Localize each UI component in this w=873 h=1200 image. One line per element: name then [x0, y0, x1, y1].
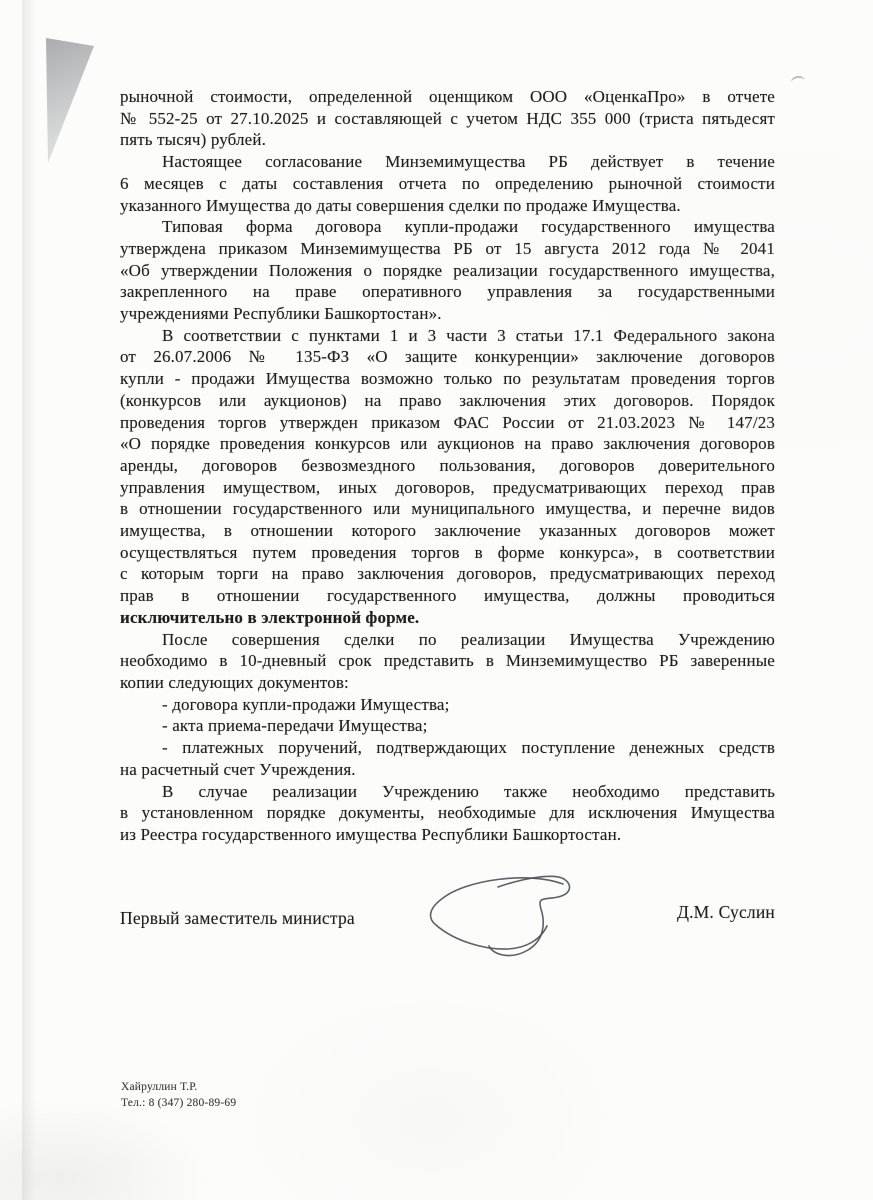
executor-footer: Хайруллин Т.Р. Тел.: 8 (347) 280-89-69 [121, 1080, 236, 1111]
text-line: купли - продажи Имущества возможно тольк… [120, 368, 775, 390]
text-line: В случае реализации Учреждению также нео… [120, 781, 775, 803]
page-fold-corner [0, 0, 140, 190]
text-line: из Реестра государственного имущества Ре… [120, 824, 775, 846]
text-line: копии следующих документов: [120, 672, 775, 694]
text-line: (конкурсов или аукционов) на право заклю… [120, 390, 775, 412]
signoff-name: Д.М. Суслин [677, 902, 775, 923]
text-line: управления имуществом, иных договоров, п… [120, 477, 775, 499]
executor-name: Хайруллин Т.Р. [121, 1080, 236, 1096]
text-line: - платежных поручений, подтверждающих по… [120, 737, 775, 759]
scan-edge-shadow [22, 0, 36, 1200]
text-line: № 552-25 от 27.10.2025 и составляющей с … [120, 108, 775, 130]
text-line: Типовая форма договора купли-продажи гос… [120, 216, 775, 238]
text-line: в установленном порядке документы, необх… [120, 802, 775, 824]
text-line: от 26.07.2006 № 135-ФЗ «О защите конкуре… [120, 346, 775, 368]
text-line: рыночной стоимости, определенной оценщик… [120, 86, 775, 108]
text-line: закрепленного на праве оперативного упра… [120, 281, 775, 303]
text-line: утверждена приказом Минземимущества РБ о… [120, 238, 775, 260]
text-line: проведения торгов утвержден приказом ФАС… [120, 412, 775, 434]
text-line: После совершения сделки по реализации Им… [120, 629, 775, 651]
text-line: имущества, в отношении которого заключен… [120, 520, 775, 542]
scanned-letter-page: рыночной стоимости, определенной оценщик… [0, 0, 873, 1200]
text-line: - акта приема-передачи Имущества; [120, 715, 775, 737]
text-line: 6 месяцев с даты составления отчета по о… [120, 173, 775, 195]
text-line: - договора купли-продажи Имущества; [120, 694, 775, 716]
text-line: исключительно в электронной форме. [120, 607, 775, 629]
text-line: аренды, договоров безвозмездного пользов… [120, 455, 775, 477]
text-line: пять тысяч) рублей. [120, 129, 775, 151]
text-line: осуществляться путем проведения торгов в… [120, 542, 775, 564]
text-line: на расчетный счет Учреждения. [120, 759, 775, 781]
signoff-title: Первый заместитель министра [120, 908, 355, 929]
text-line: В соответствии с пунктами 1 и 3 части 3 … [120, 325, 775, 347]
scan-speck [790, 75, 805, 86]
text-line: необходимо в 10-дневный срок представить… [120, 650, 775, 672]
text-line: прав в отношении государственного имущес… [120, 585, 775, 607]
text-line: указанного Имущества до даты совершения … [120, 195, 775, 217]
text-line: учреждениями Республики Башкортостан». [120, 303, 775, 325]
handwritten-signature-icon [400, 856, 620, 976]
text-line: «О порядке проведения конкурсов или аукц… [120, 433, 775, 455]
text-line: «Об утверждении Положения о порядке реал… [120, 260, 775, 282]
text-line: в отношении государственного или муницип… [120, 498, 775, 520]
text-line: с которым торги на право заключения дого… [120, 563, 775, 585]
letter-body: рыночной стоимости, определенной оценщик… [120, 86, 775, 846]
text-line: Настоящее согласование Минземимущества Р… [120, 151, 775, 173]
executor-phone: Тел.: 8 (347) 280-89-69 [121, 1096, 236, 1112]
